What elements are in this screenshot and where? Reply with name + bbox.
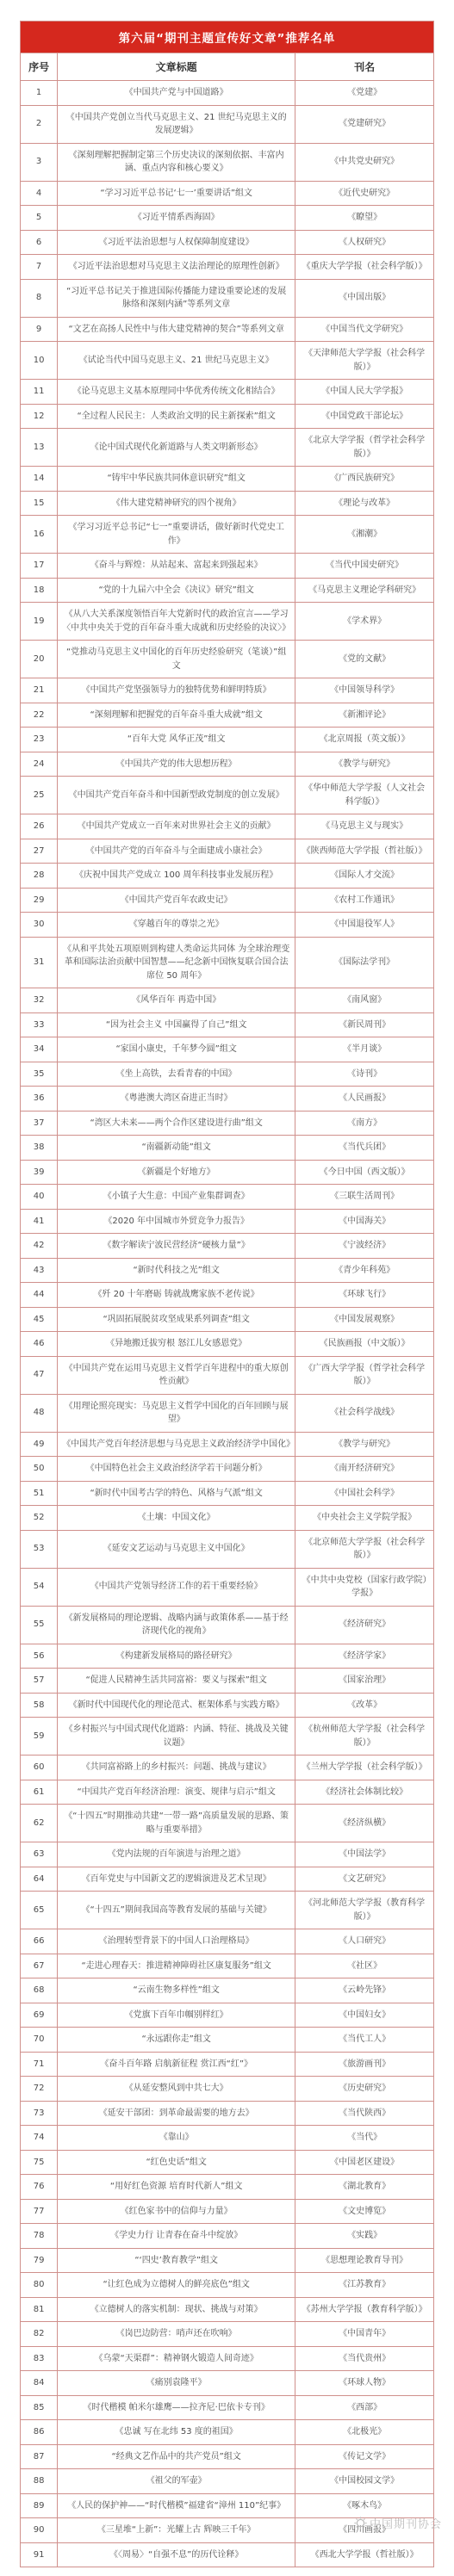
table-row: 27 《中国共产党的百年奋斗与全面建成小康社会》 《陕西师范大学学报（哲社版）》 <box>21 839 434 864</box>
column-header-title: 文章标题 <box>58 53 295 81</box>
table-row: 43 “新时代科技之光”组文 《青少年科苑》 <box>21 1258 434 1283</box>
article-title-cell: 《深刻理解把握制定第三个历史决议的深刻依据、丰富内涵、重点内容和核心要义》 <box>58 143 295 181</box>
article-title-cell: 《岗巴边防营：哨声还在吹响》 <box>58 2322 295 2347</box>
table-row: 45 “巩固拓展脱贫攻坚成果系列调查”组文 《中国发展观察》 <box>21 1307 434 1332</box>
article-title-cell: 《异地搬迁拔穷根 怒江儿女感恩党》 <box>58 1332 295 1357</box>
journal-name-cell: 《历史研究》 <box>295 2077 434 2102</box>
journal-name-cell: 《中国退役军人》 <box>295 913 434 938</box>
row-number-cell: 24 <box>21 752 58 777</box>
row-number-cell: 70 <box>21 2028 58 2053</box>
article-title-cell: 《奋斗与辉煌：从站起来、富起来到强起来》 <box>58 554 295 579</box>
journal-name-cell: 《中国校园文学》 <box>295 2469 434 2494</box>
row-number-cell: 46 <box>21 1332 58 1357</box>
row-number-cell: 57 <box>21 1669 58 1694</box>
article-title-cell: 《学史力行 让青春在奋斗中绽放》 <box>58 2224 295 2249</box>
article-title-cell: 《庆祝中国共产党成立 100 周年科技事业发展历程》 <box>58 864 295 889</box>
table-row: 71 《奋斗百年路 启航新征程 赏江西“红”》 《旅游画刊》 <box>21 2052 434 2077</box>
row-number-cell: 41 <box>21 1209 58 1234</box>
article-title-cell: 《小镇子大生意：中国产业集群调查》 <box>58 1185 295 1210</box>
table-row: 16 《学习习近平总书记“七一”重要讲话，做好新时代党史工作》 《湘潮》 <box>21 516 434 554</box>
journal-name-cell: 《人权研究》 <box>295 230 434 255</box>
table-row: 46 《异地搬迁拔穷根 怒江儿女感恩党》 《民族画报（中文版）》 <box>21 1332 434 1357</box>
journal-name-cell: 《北极光》 <box>295 2420 434 2445</box>
journal-name-cell: 《马克思主义与现实》 <box>295 814 434 839</box>
table-row: 79 “‘四史’教育教学”组文 《思想理论教育导刊》 <box>21 2248 434 2273</box>
table-row: 23 “百年大党 风华正茂”组文 《北京周报（英文版）》 <box>21 728 434 752</box>
article-title-cell: 《靠山》 <box>58 2126 295 2151</box>
article-title-cell: 《试论当代中国马克思主义、21 世纪马克思主义》 <box>58 342 295 380</box>
article-title-cell: “南疆新动能”组文 <box>58 1136 295 1161</box>
table-row: 59 《乡村振兴与中国式现代化道路：内涵、特征、挑战及关键议题》 《杭州师范大学… <box>21 1718 434 1756</box>
article-title-cell: 《奋斗百年路 启航新征程 赏江西“红”》 <box>58 2052 295 2077</box>
row-number-cell: 43 <box>21 1258 58 1283</box>
row-number-cell: 61 <box>21 1780 58 1805</box>
article-table: 第六届“期刊主题宣传好文章”推荐名单 序号 文章标题 刊名 1 《中国共产党与中… <box>20 21 434 2567</box>
journal-name-cell: 《广西民族研究》 <box>295 467 434 492</box>
article-title-cell: 《祖父的军壶》 <box>58 2469 295 2494</box>
row-number-cell: 76 <box>21 2175 58 2200</box>
row-number-cell: 56 <box>21 1644 58 1669</box>
row-number-cell: 21 <box>21 678 58 703</box>
table-row: 20 “党推动马克思主义中国化的百年历史经验研究（笔谈）”组文 《党的文献》 <box>21 641 434 678</box>
article-title-cell: “永远跟你走”组文 <box>58 2028 295 2053</box>
journal-name-cell: 《党建研究》 <box>295 105 434 143</box>
table-row: 72 《从延安整风到中共七大》 《历史研究》 <box>21 2077 434 2102</box>
column-header-journal: 刊名 <box>295 53 434 81</box>
article-title-cell: 《三星堆“上新”：光耀上古 辉映三千年》 <box>58 2518 295 2543</box>
journal-name-cell: 《广西大学学报（哲学社会科学版）》 <box>295 1356 434 1394</box>
journal-name-cell: 《中国发展观察》 <box>295 1307 434 1332</box>
table-row: 25 《中国共产党百年奋斗和中国新型政党制度的创立发展》 《华中师范大学学报（人… <box>21 777 434 814</box>
row-number-cell: 75 <box>21 2150 58 2175</box>
row-number-cell: 45 <box>21 1307 58 1332</box>
journal-name-cell: 《党的文献》 <box>295 641 434 678</box>
table-row: 55 《新发展格局的理论逻辑、战略内涵与政策体系——基于经济现代化的视角》 《经… <box>21 1606 434 1644</box>
journal-name-cell: 《重庆大学学报（社会科学版）》 <box>295 255 434 280</box>
journal-name-cell: 《中国党政干部论坛》 <box>295 404 434 429</box>
article-title-cell: 《风华百年 再造中国》 <box>58 988 295 1013</box>
row-number-cell: 50 <box>21 1457 58 1482</box>
journal-name-cell: 《旅游画刊》 <box>295 2052 434 2077</box>
table-row: 73 《延安干部团：到革命最需要的地方去》 《当代陕西》 <box>21 2101 434 2126</box>
journal-name-cell: 《社区》 <box>295 1954 434 1978</box>
row-number-cell: 9 <box>21 317 58 342</box>
article-title-cell: 《中国共产党创立当代马克思主义、21 世纪马克思主义的发展逻辑》 <box>58 105 295 143</box>
journal-name-cell: 《苏州大学学报（教育科学版）》 <box>295 2297 434 2322</box>
article-title-cell: 《时代楷模 帕米尔雄鹰——拉齐尼·巴依卡专刊》 <box>58 2395 295 2420</box>
journal-name-cell: 《瞭望》 <box>295 206 434 231</box>
table-row: 2 《中国共产党创立当代马克思主义、21 世纪马克思主义的发展逻辑》 《党建研究… <box>21 105 434 143</box>
table-row: 78 《学史力行 让青春在奋斗中绽放》 《实践》 <box>21 2224 434 2249</box>
journal-name-cell: 《宁波经济》 <box>295 1234 434 1259</box>
document-page: 第六届“期刊主题宣传好文章”推荐名单 序号 文章标题 刊名 1 《中国共产党与中… <box>0 0 454 2576</box>
table-row: 80 “让红色成为立德树人的鲜亮底色”组文 《江苏教育》 <box>21 2273 434 2298</box>
table-row: 63 《党内法规的百年演进与治理之道》 《中国法学》 <box>21 1842 434 1867</box>
table-row: 50 《中国特色社会主义政治经济学若干问题分析》 《南开经济研究》 <box>21 1457 434 1482</box>
table-row: 48 《用理论照亮现实：马克思主义哲学中国化的百年回顾与展望》 《社会科学战线》 <box>21 1394 434 1432</box>
row-number-cell: 38 <box>21 1136 58 1161</box>
table-row: 58 《新时代中国现代化的理论范式、框架体系与实践方略》 《改革》 <box>21 1693 434 1718</box>
column-header-number: 序号 <box>21 53 58 81</box>
table-row: 57 “促进人民精神生活共同富裕：要义与探索”组文 《国家治理》 <box>21 1669 434 1694</box>
table-row: 1 《中国共产党与中国道路》 《党建》 <box>21 81 434 106</box>
row-number-cell: 25 <box>21 777 58 814</box>
journal-name-cell: 《党建》 <box>295 81 434 106</box>
article-title-cell: 《构建新发展格局的路径研究》 <box>58 1644 295 1669</box>
journal-name-cell: 《南开经济研究》 <box>295 1457 434 1482</box>
journal-name-cell: 《理论与改革》 <box>295 491 434 516</box>
table-row: 47 《中国共产党在运用马克思主义哲学百年进程中的重大原创性贡献》 《广西大学学… <box>21 1356 434 1394</box>
article-title-cell: “让红色成为立德树人的鲜亮底色”组文 <box>58 2273 295 2298</box>
article-title-cell: 《中国共产党领导经济工作的若干重要经验》 <box>58 1568 295 1606</box>
row-number-cell: 62 <box>21 1805 58 1842</box>
table-row: 33 “因为社会主义 中国赢得了自己”组文 《新民周刊》 <box>21 1012 434 1037</box>
journal-name-cell: 《南风窗》 <box>295 988 434 1013</box>
row-number-cell: 30 <box>21 913 58 938</box>
row-number-cell: 67 <box>21 1954 58 1978</box>
journal-name-cell: 《中国老区建设》 <box>295 2150 434 2175</box>
journal-name-cell: 《湖北教育》 <box>295 2175 434 2200</box>
table-row: 88 《祖父的军壶》 《中国校园文学》 <box>21 2469 434 2494</box>
table-row: 19 《从八大关系深度领悟百年大党新时代的政治宣言——学习〈中共中央关于党的百年… <box>21 603 434 641</box>
journal-name-cell: 《国际人才交流》 <box>295 864 434 889</box>
journal-name-cell: 《文艺研究》 <box>295 1867 434 1892</box>
journal-name-cell: 《当代陕西》 <box>295 2101 434 2126</box>
article-title-cell: 《立德树人的落实机制：现状、挑战与对策》 <box>58 2297 295 2322</box>
row-number-cell: 48 <box>21 1394 58 1432</box>
row-number-cell: 65 <box>21 1892 58 1929</box>
journal-name-cell: 《北京周报（英文版）》 <box>295 728 434 752</box>
publisher-watermark: 中国期刊协会 <box>354 2515 442 2531</box>
journal-name-cell: 《中国出版》 <box>295 279 434 317</box>
article-title-cell: 《从和平共处五项原则到构建人类命运共同体 为全球治理变革和国际法治贡献中国智慧—… <box>58 937 295 988</box>
journal-name-cell: 《华中师范大学学报（人文社会科学版）》 <box>295 777 434 814</box>
row-number-cell: 15 <box>21 491 58 516</box>
row-number-cell: 69 <box>21 2003 58 2028</box>
journal-name-cell: 《实践》 <box>295 2224 434 2249</box>
article-title-cell: 《延安文艺运动与马克思主义中国化》 <box>58 1530 295 1568</box>
journal-name-cell: 《国际法学刊》 <box>295 937 434 988</box>
article-title-cell: 《从八大关系深度领悟百年大党新时代的政治宣言——学习〈中共中央关于党的百年奋斗重… <box>58 603 295 641</box>
row-number-cell: 26 <box>21 814 58 839</box>
article-title-cell: “因为社会主义 中国赢得了自己”组文 <box>58 1012 295 1037</box>
column-header-row: 序号 文章标题 刊名 <box>21 53 434 81</box>
article-title-cell: 《土壤：中国文化》 <box>58 1506 295 1531</box>
row-number-cell: 47 <box>21 1356 58 1394</box>
row-number-cell: 28 <box>21 864 58 889</box>
journal-name-cell: 《诗刊》 <box>295 1062 434 1087</box>
row-number-cell: 17 <box>21 554 58 579</box>
row-number-cell: 83 <box>21 2346 58 2371</box>
article-title-cell: 《“十四五”期间我国高等教育发展的基础与关键》 <box>58 1892 295 1929</box>
article-title-cell: “党的十九届六中全会《决议》研究”组文 <box>58 578 295 603</box>
table-row: 17 《奋斗与辉煌：从站起来、富起来到强起来》 《当代中国史研究》 <box>21 554 434 579</box>
table-row: 42 《数字解读宁波民营经济“硬核力量”》 《宁波经济》 <box>21 1234 434 1259</box>
row-number-cell: 88 <box>21 2469 58 2494</box>
article-title-cell: 《2020 年中国城市外贸竞争力报告》 <box>58 1209 295 1234</box>
table-row: 82 《岗巴边防营：哨声还在吹响》 《中国青年》 <box>21 2322 434 2347</box>
row-number-cell: 91 <box>21 2542 58 2567</box>
article-title-cell: 《党旗下百年巾帼别样红》 <box>58 2003 295 2028</box>
journal-name-cell: 《经济纵横》 <box>295 1805 434 1842</box>
journal-name-cell: 《半月谈》 <box>295 1037 434 1062</box>
row-number-cell: 79 <box>21 2248 58 2273</box>
table-row: 52 《土壤：中国文化》 《中央社会主义学院学报》 <box>21 1506 434 1531</box>
journal-name-cell: 《中国当代文学研究》 <box>295 317 434 342</box>
row-number-cell: 64 <box>21 1867 58 1892</box>
row-number-cell: 74 <box>21 2126 58 2151</box>
journal-name-cell: 《教学与研究》 <box>295 752 434 777</box>
article-title-cell: “新时代科技之光”组文 <box>58 1258 295 1283</box>
journal-name-cell: 《改革》 <box>295 1693 434 1718</box>
row-number-cell: 58 <box>21 1693 58 1718</box>
article-title-cell: 《乡村振兴与中国式现代化道路：内涵、特征、挑战及关键议题》 <box>58 1718 295 1756</box>
journal-name-cell: 《云岭先锋》 <box>295 1978 434 2003</box>
table-row: 39 《新疆是个好地方》 《今日中国（西文版）》 <box>21 1160 434 1185</box>
page-title: 第六届“期刊主题宣传好文章”推荐名单 <box>21 22 434 53</box>
row-number-cell: 55 <box>21 1606 58 1644</box>
row-number-cell: 22 <box>21 703 58 728</box>
journal-name-cell: 《思想理论教育导刊》 <box>295 2248 434 2273</box>
row-number-cell: 51 <box>21 1481 58 1506</box>
table-row: 74 《靠山》 《当代》 <box>21 2126 434 2151</box>
row-number-cell: 1 <box>21 81 58 106</box>
sun-logo-icon <box>354 2517 367 2530</box>
row-number-cell: 89 <box>21 2493 58 2518</box>
table-row: 15 《伟大建党精神研究的四个视角》 《理论与改革》 <box>21 491 434 516</box>
journal-name-cell: 《经济研究》 <box>295 1606 434 1644</box>
row-number-cell: 31 <box>21 937 58 988</box>
article-title-cell: 《忠诚 写在北纬 53 度的祖国》 <box>58 2420 295 2445</box>
article-title-cell: “云南生物多样性”组文 <box>58 1978 295 2003</box>
article-title-cell: 《中国共产党的百年奋斗与全面建成小康社会》 <box>58 839 295 864</box>
article-title-cell: 《红色家书中的信仰与力量》 <box>58 2199 295 2224</box>
table-row: 9 “文艺在高扬人民性中与伟大建党精神的契合”等系列文章 《中国当代文学研究》 <box>21 317 434 342</box>
row-number-cell: 49 <box>21 1432 58 1457</box>
table-row: 6 《习近平法治思想与人权保障制度建设》 《人权研究》 <box>21 230 434 255</box>
journal-name-cell: 《中国法学》 <box>295 1842 434 1867</box>
row-number-cell: 29 <box>21 888 58 913</box>
table-row: 37 “湾区大未来——两个合作区建设进行曲”组文 《南方》 <box>21 1111 434 1136</box>
row-number-cell: 4 <box>21 181 58 206</box>
journal-name-cell: 《民族画报（中文版）》 <box>295 1332 434 1357</box>
table-row: 18 “党的十九届六中全会《决议》研究”组文 《马克思主义理论学科研究》 <box>21 578 434 603</box>
row-number-cell: 6 <box>21 230 58 255</box>
article-title-cell: 《中国共产党成立一百年来对世界社会主义的贡献》 <box>58 814 295 839</box>
journal-name-cell: 《经济学家》 <box>295 1644 434 1669</box>
table-row: 29 《中国共产党百年农政史记》 《农村工作通讯》 <box>21 888 434 913</box>
table-row: 8 “习近平总书记关于推进国际传播能力建设重要论述的发展脉络和深刻内涵”等系列文… <box>21 279 434 317</box>
row-number-cell: 86 <box>21 2420 58 2445</box>
row-number-cell: 53 <box>21 1530 58 1568</box>
journal-name-cell: 《今日中国（西文版）》 <box>295 1160 434 1185</box>
article-title-cell: “红色史话”组文 <box>58 2150 295 2175</box>
row-number-cell: 34 <box>21 1037 58 1062</box>
table-row: 86 《忠诚 写在北纬 53 度的祖国》 《北极光》 <box>21 2420 434 2445</box>
table-row: 75 “红色史话”组文 《中国老区建设》 <box>21 2150 434 2175</box>
journal-name-cell: 《三联生活周刊》 <box>295 1185 434 1210</box>
journal-name-cell: 《中共中央党校（国家行政学院）学报》 <box>295 1568 434 1606</box>
row-number-cell: 54 <box>21 1568 58 1606</box>
article-title-cell: 《乌蒙“天渠群”：精神钢火锻造人间奇迹》 <box>58 2346 295 2371</box>
row-number-cell: 27 <box>21 839 58 864</box>
row-number-cell: 44 <box>21 1283 58 1308</box>
table-row: 87 “经典文艺作品中的共产党员”组文 《传记文学》 <box>21 2444 434 2469</box>
table-row: 83 《乌蒙“天渠群”：精神钢火锻造人间奇迹》 《当代贵州》 <box>21 2346 434 2371</box>
journal-name-cell: 《环球飞行》 <box>295 1283 434 1308</box>
table-row: 26 《中国共产党成立一百年来对世界社会主义的贡献》 《马克思主义与现实》 <box>21 814 434 839</box>
journal-name-cell: 《中共党史研究》 <box>295 143 434 181</box>
table-row: 70 “永远跟你走”组文 《当代工人》 <box>21 2028 434 2053</box>
article-title-cell: 《中国共产党坚强领导力的独特优势和鲜明特质》 <box>58 678 295 703</box>
journal-name-cell: 《马克思主义理论学科研究》 <box>295 578 434 603</box>
row-number-cell: 72 <box>21 2077 58 2102</box>
row-number-cell: 78 <box>21 2224 58 2249</box>
row-number-cell: 32 <box>21 988 58 1013</box>
row-number-cell: 11 <box>21 380 58 405</box>
table-row: 66 《治理转型背景下的中国人口治理格局》 《人口研究》 <box>21 1929 434 1954</box>
article-title-cell: 《党内法规的百年演进与治理之道》 <box>58 1842 295 1867</box>
row-number-cell: 90 <box>21 2518 58 2543</box>
row-number-cell: 12 <box>21 404 58 429</box>
article-title-cell: 《粤港澳大湾区奋进正当时》 <box>58 1087 295 1112</box>
journal-name-cell: 《中央社会主义学院学报》 <box>295 1506 434 1531</box>
article-title-cell: 《人民的保护神——“时代楷模”福建省“漳州 110”纪事》 <box>58 2493 295 2518</box>
row-number-cell: 80 <box>21 2273 58 2298</box>
table-row: 65 《“十四五”期间我国高等教育发展的基础与关键》 《河北师范大学学报（教育科… <box>21 1892 434 1929</box>
table-row: 68 “云南生物多样性”组文 《云岭先锋》 <box>21 1978 434 2003</box>
row-number-cell: 18 <box>21 578 58 603</box>
row-number-cell: 81 <box>21 2297 58 2322</box>
table-row: 38 “南疆新动能”组文 《当代兵团》 <box>21 1136 434 1161</box>
row-number-cell: 16 <box>21 516 58 554</box>
journal-name-cell: 《中国妇女》 <box>295 2003 434 2028</box>
journal-name-cell: 《国家治理》 <box>295 1669 434 1694</box>
journal-name-cell: 《传记文学》 <box>295 2444 434 2469</box>
journal-name-cell: 《兰州大学学报（社会科学版）》 <box>295 1756 434 1780</box>
journal-name-cell: 《学术界》 <box>295 603 434 641</box>
table-row: 13 《论中国式现代化新道路与人类文明新形态》 《北京大学学报（哲学社会科学版）… <box>21 429 434 467</box>
article-title-cell: 《中国共产党在运用马克思主义哲学百年进程中的重大原创性贡献》 <box>58 1356 295 1394</box>
article-title-cell: “全过程人民民主：人类政治文明的民主新探索”组文 <box>58 404 295 429</box>
article-title-cell: “习近平总书记关于推进国际传播能力建设重要论述的发展脉络和深刻内涵”等系列文章 <box>58 279 295 317</box>
table-row: 51 “新时代中国考古学的特色、风格与气派”组文 《中国社会科学》 <box>21 1481 434 1506</box>
journal-name-cell: 《当代兵团》 <box>295 1136 434 1161</box>
table-row: 76 “用好红色资源 培育时代新人”组文 《湖北教育》 <box>21 2175 434 2200</box>
table-row: 7 《习近平法治思想对马克思主义法治理论的原理性创新》 《重庆大学学报（社会科学… <box>21 255 434 280</box>
table-row: 14 “铸牢中华民族共同体意识研究”组文 《广西民族研究》 <box>21 467 434 492</box>
table-row: 12 “全过程人民民主：人类政治文明的民主新探索”组文 《中国党政干部论坛》 <box>21 404 434 429</box>
article-title-cell: “新时代中国考古学的特色、风格与气派”组文 <box>58 1481 295 1506</box>
article-title-cell: 《习近平法治思想与人权保障制度建设》 <box>58 230 295 255</box>
journal-name-cell: 《近代史研究》 <box>295 181 434 206</box>
table-row: 85 《时代楷模 帕米尔雄鹰——拉齐尼·巴依卡专刊》 《西部》 <box>21 2395 434 2420</box>
journal-name-cell: 《当代中国史研究》 <box>295 554 434 579</box>
article-title-cell: 《伟大建党精神研究的四个视角》 <box>58 491 295 516</box>
article-title-cell: 《〈周易〉“自强不息”的历代诠释》 <box>58 2542 295 2567</box>
table-row: 54 《中国共产党领导经济工作的若干重要经验》 《中共中央党校（国家行政学院）学… <box>21 1568 434 1606</box>
row-number-cell: 10 <box>21 342 58 380</box>
article-title-cell: “用好红色资源 培育时代新人”组文 <box>58 2175 295 2200</box>
journal-name-cell: 《社会科学战线》 <box>295 1394 434 1432</box>
table-row: 62 《“十四五”时期推动共建“一带一路”高质量发展的思路、策略与重要举措》 《… <box>21 1805 434 1842</box>
row-number-cell: 85 <box>21 2395 58 2420</box>
table-row: 69 《党旗下百年巾帼别样红》 《中国妇女》 <box>21 2003 434 2028</box>
article-title-cell: 《从延安整风到中共七大》 <box>58 2077 295 2102</box>
article-title-cell: 《中国共产党百年奋斗和中国新型政党制度的创立发展》 <box>58 777 295 814</box>
journal-name-cell: 《杭州师范大学学报（社会科学版）》 <box>295 1718 434 1756</box>
row-number-cell: 13 <box>21 429 58 467</box>
table-row: 28 《庆祝中国共产党成立 100 周年科技事业发展历程》 《国际人才交流》 <box>21 864 434 889</box>
article-title-cell: “湾区大未来——两个合作区建设进行曲”组文 <box>58 1111 295 1136</box>
row-number-cell: 20 <box>21 641 58 678</box>
row-number-cell: 5 <box>21 206 58 231</box>
journal-name-cell: 《人民画报》 <box>295 1087 434 1112</box>
row-number-cell: 19 <box>21 603 58 641</box>
row-number-cell: 68 <box>21 1978 58 2003</box>
row-number-cell: 23 <box>21 728 58 752</box>
article-title-cell: 《“十四五”时期推动共建“一带一路”高质量发展的思路、策略与重要举措》 <box>58 1805 295 1842</box>
article-title-cell: 《习近平法治思想对马克思主义法治理论的原理性创新》 <box>58 255 295 280</box>
journal-name-cell: 《北京师范大学学报（社会科学版）》 <box>295 1530 434 1568</box>
row-number-cell: 42 <box>21 1234 58 1259</box>
journal-name-cell: 《湘潮》 <box>295 516 434 554</box>
journal-name-cell: 《中国青年》 <box>295 2322 434 2347</box>
row-number-cell: 33 <box>21 1012 58 1037</box>
table-row: 40 《小镇子大生意：中国产业集群调查》 《三联生活周刊》 <box>21 1185 434 1210</box>
row-number-cell: 84 <box>21 2371 58 2396</box>
article-title-cell: “党推动马克思主义中国化的百年历史经验研究（笔谈）”组文 <box>58 641 295 678</box>
table-row: 77 《红色家书中的信仰与力量》 《文史博览》 <box>21 2199 434 2224</box>
row-number-cell: 60 <box>21 1756 58 1780</box>
table-row: 3 《深刻理解把握制定第三个历史决议的深刻依据、丰富内涵、重点内容和核心要义》 … <box>21 143 434 181</box>
row-number-cell: 73 <box>21 2101 58 2126</box>
journal-name-cell: 《北京大学学报（哲学社会科学版）》 <box>295 429 434 467</box>
table-row: 36 《粤港澳大湾区奋进正当时》 《人民画报》 <box>21 1087 434 1112</box>
article-title-cell: 《中国共产党百年农政史记》 <box>58 888 295 913</box>
article-title-cell: “铸牢中华民族共同体意识研究”组文 <box>58 467 295 492</box>
article-title-cell: 《痛别袁隆平》 <box>58 2371 295 2396</box>
table-row: 10 《试论当代中国马克思主义、21 世纪马克思主义》 《天津师范大学学报（社会… <box>21 342 434 380</box>
table-row: 32 《风华百年 再造中国》 《南风窗》 <box>21 988 434 1013</box>
article-title-cell: “巩固拓展脱贫攻坚成果系列调查”组文 <box>58 1307 295 1332</box>
journal-name-cell: 《当代工人》 <box>295 2028 434 2053</box>
table-row: 22 “深刻理解和把握党的百年奋斗重大成就”组文 《新湘评论》 <box>21 703 434 728</box>
journal-name-cell: 《中国社会科学》 <box>295 1481 434 1506</box>
row-number-cell: 36 <box>21 1087 58 1112</box>
row-number-cell: 14 <box>21 467 58 492</box>
article-title-cell: 《数字解读宁波民营经济“硬核力量”》 <box>58 1234 295 1259</box>
row-number-cell: 8 <box>21 279 58 317</box>
journal-name-cell: 《青少年科苑》 <box>295 1258 434 1283</box>
table-row: 30 《穿越百年的尊崇之光》 《中国退役军人》 <box>21 913 434 938</box>
journal-name-cell: 《江苏教育》 <box>295 2273 434 2298</box>
table-row: 31 《从和平共处五项原则到构建人类命运共同体 为全球治理变革和国际法治贡献中国… <box>21 937 434 988</box>
row-number-cell: 3 <box>21 143 58 181</box>
article-title-cell: 《学习习近平总书记“七一”重要讲话，做好新时代党史工作》 <box>58 516 295 554</box>
table-row: 67 “走进心理春天：推进精神障碍社区康复服务”组文 《社区》 <box>21 1954 434 1978</box>
article-title-cell: “‘四史’教育教学”组文 <box>58 2248 295 2273</box>
journal-name-cell: 《中国人民大学学报》 <box>295 380 434 405</box>
table-row: 56 《构建新发展格局的路径研究》 《经济学家》 <box>21 1644 434 1669</box>
journal-name-cell: 《经济社会体制比较》 <box>295 1780 434 1805</box>
article-title-cell: “百年大党 风华正茂”组文 <box>58 728 295 752</box>
journal-name-cell: 《新民周刊》 <box>295 1012 434 1037</box>
journal-name-cell: 《文史博览》 <box>295 2199 434 2224</box>
article-title-cell: 《中国特色社会主义政治经济学若干问题分析》 <box>58 1457 295 1482</box>
row-number-cell: 52 <box>21 1506 58 1531</box>
publisher-watermark-label: 中国期刊协会 <box>370 2515 442 2531</box>
